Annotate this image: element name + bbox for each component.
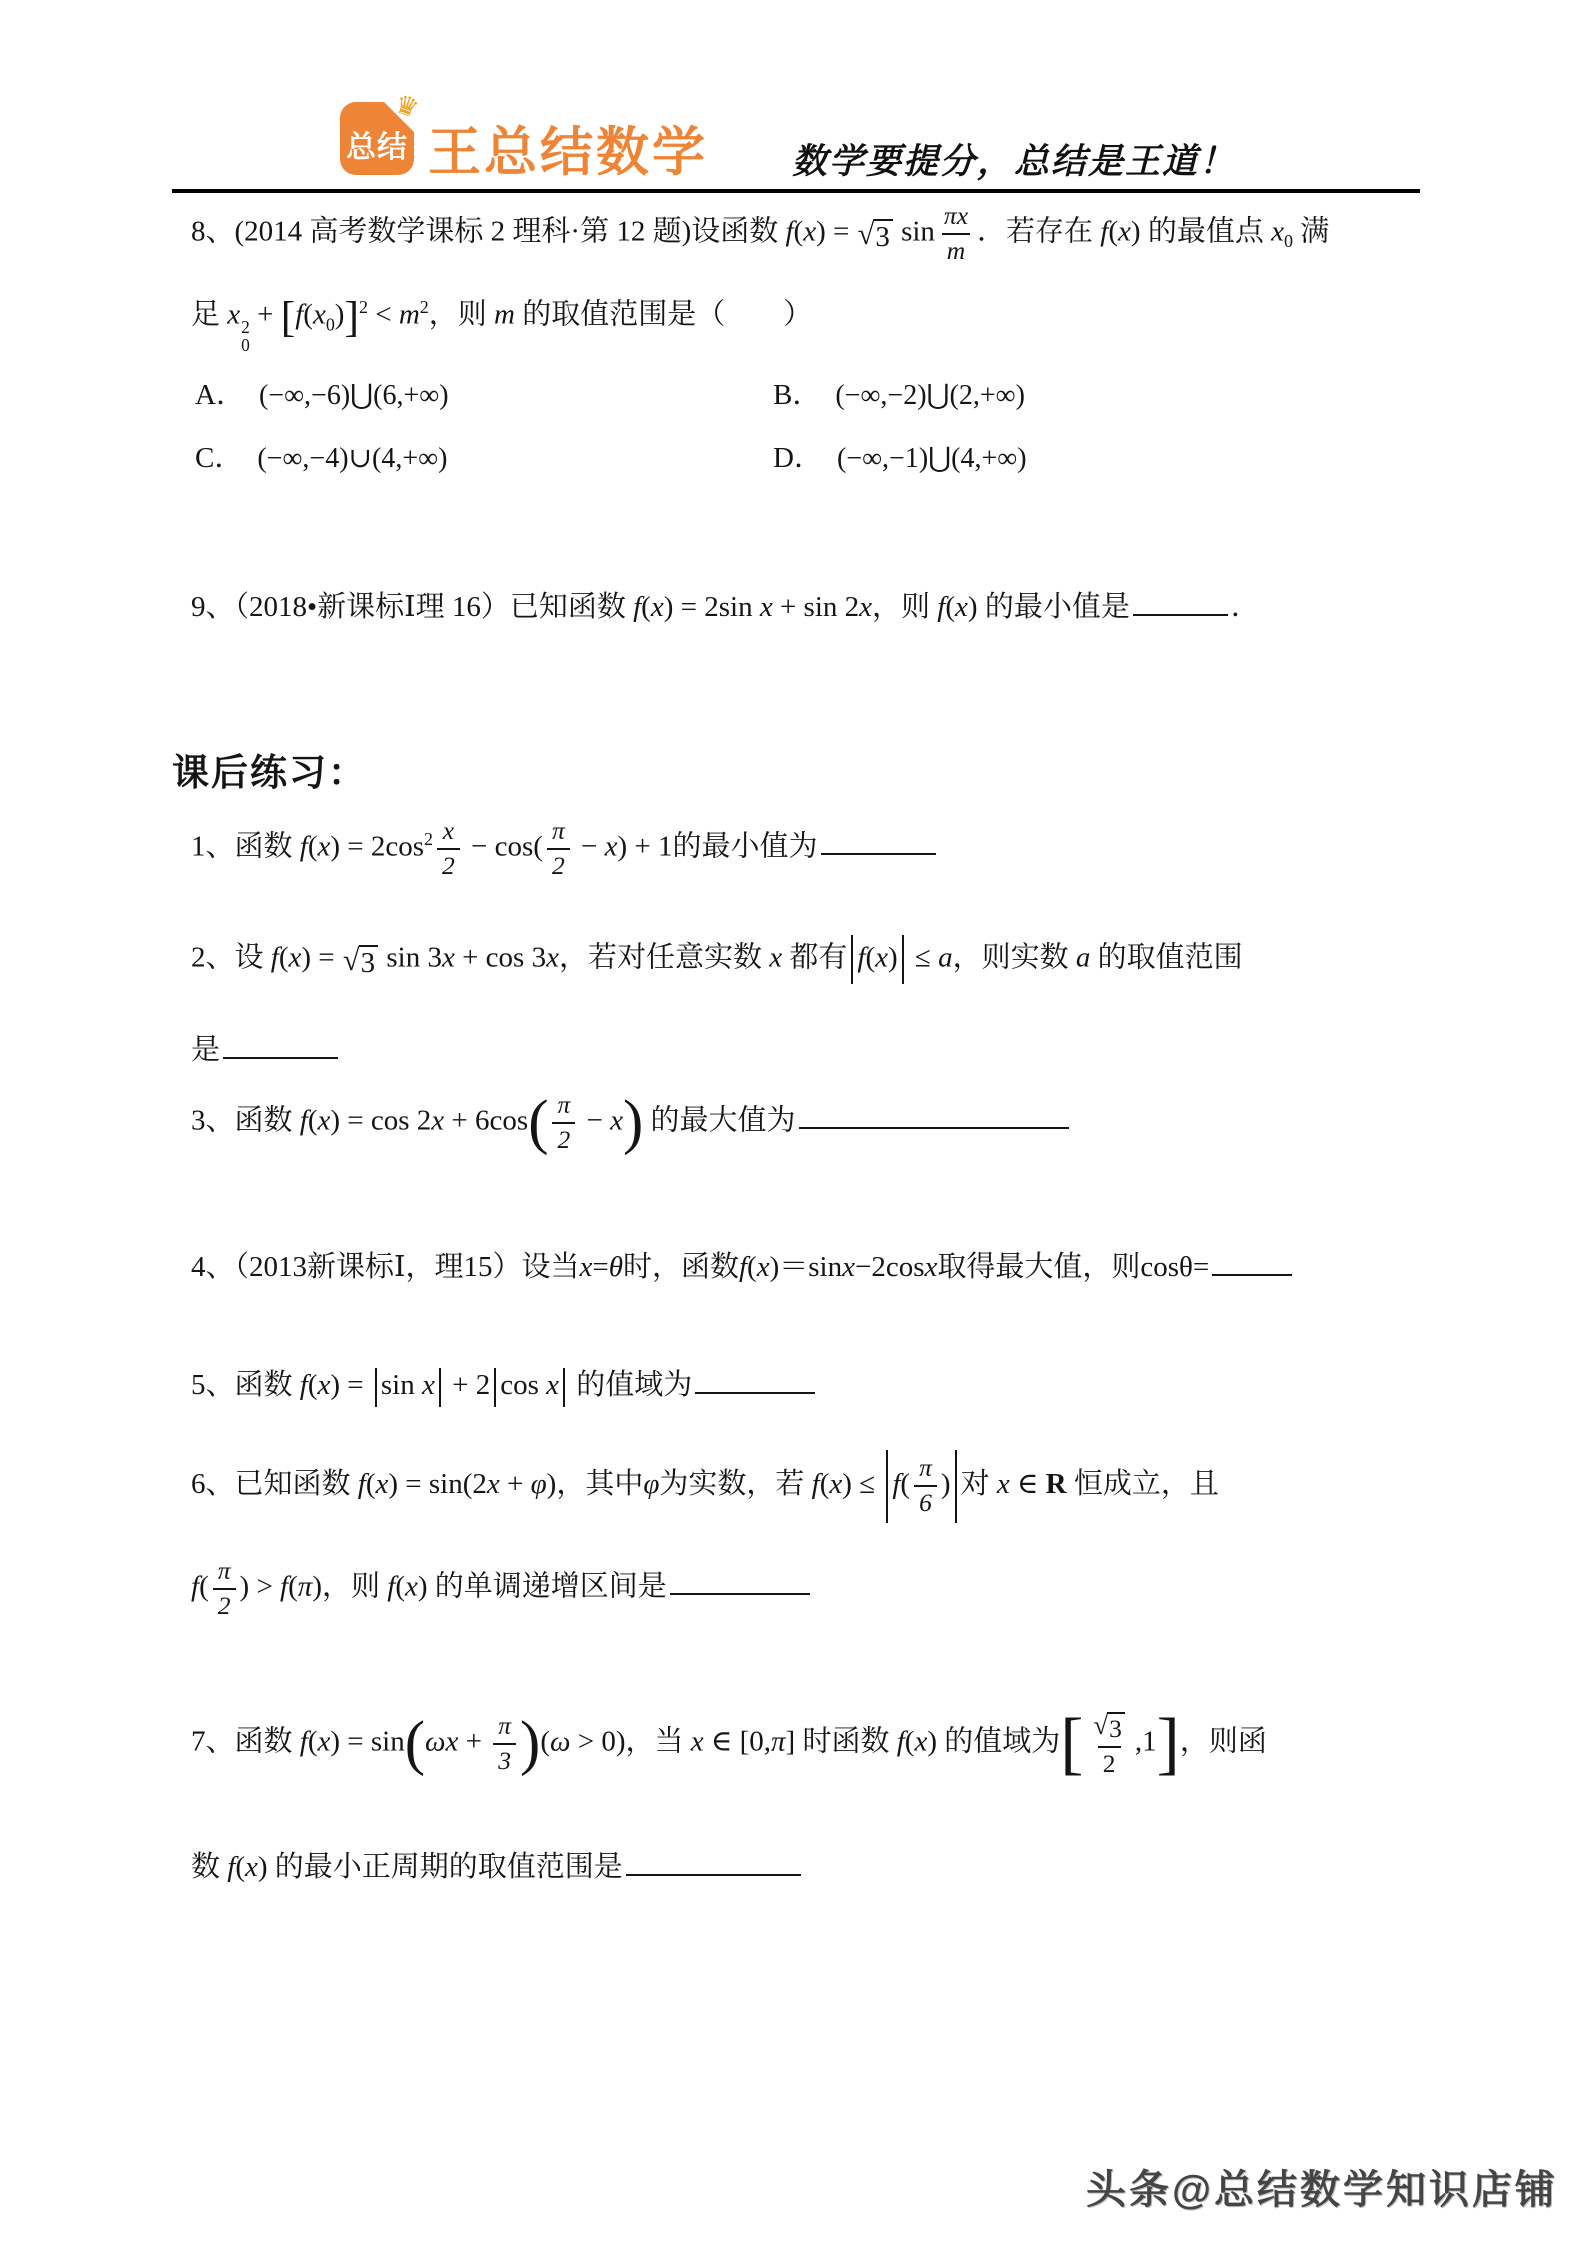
problem-8-line-2: 足 x20 + [f(x0)]2 < m2，则 m 的取值范围是（ ） xyxy=(191,296,812,355)
option-a-label: A． xyxy=(195,379,245,411)
exercise-3-line-1: 3、函数 f(x) = cos 2x + 6cos(π2 − x) 的最大值为 xyxy=(191,1092,1072,1154)
option-c-value: (−∞,−4)∪(4,+∞) xyxy=(257,443,447,474)
logo-badge-text: 总结 xyxy=(340,122,414,166)
header-tagline: 数学要提分，总结是王道！ xyxy=(792,134,1236,184)
exercise-2-line-2: 是 xyxy=(191,1028,341,1068)
exercise-5-line-1: 5、函数 f(x) = sin x + 2cos x 的值域为 xyxy=(191,1363,818,1407)
exercise-7-line-2: 数 f(x) 的最小正周期的取值范围是 xyxy=(191,1845,804,1885)
problem-8-options-row-2: C．(−∞,−4)∪(4,+∞)D．(−∞,−1)⋃(4,+∞) xyxy=(195,435,1351,476)
option-b: B．(−∞,−2)⋃(2,+∞) xyxy=(773,372,1351,413)
problem-9-line: 9、（2018•新课标Ⅰ理 16）已知函数 f(x) = 2sin x + si… xyxy=(191,585,1260,625)
option-a-value: (−∞,−6)⋃(6,+∞) xyxy=(259,380,449,411)
option-c: C．(−∞,−4)∪(4,+∞) xyxy=(195,435,773,476)
problem-8-line-1: 8、(2014 高考数学课标 2 理科·第 12 题)设函数 f(x) = √3… xyxy=(191,203,1329,265)
brand-logo-badge: ♛ 总结 xyxy=(340,102,414,175)
option-c-label: C． xyxy=(195,442,243,474)
crown-icon: ♛ xyxy=(391,91,421,123)
section-title: 课后练习： xyxy=(172,742,367,796)
brand-name: 王总结数学 xyxy=(428,110,708,186)
header-divider xyxy=(172,189,1420,193)
worksheet-page: ♛ 总结 王总结数学 数学要提分，总结是王道！ 8、(2014 高考数学课标 2… xyxy=(0,0,1587,2245)
watermark: 头条@总结数学知识店铺 xyxy=(1086,2158,1558,2215)
exercise-1-line-1: 1、函数 f(x) = 2cos2x2 − cos(π2 − x) + 1的最小… xyxy=(191,818,939,880)
option-b-value: (−∞,−2)⋃(2,+∞) xyxy=(835,380,1025,411)
option-d-value: (−∞,−1)⋃(4,+∞) xyxy=(837,443,1027,474)
exercise-7-line-1: 7、函数 f(x) = sin(ωx + π3)(ω > 0)，当 x ∈ [0… xyxy=(191,1710,1267,1778)
option-a: A．(−∞,−6)⋃(6,+∞) xyxy=(195,372,773,413)
option-d-label: D． xyxy=(773,442,823,474)
exercise-6-line-1: 6、已知函数 f(x) = sin(2x + φ)，其中φ为实数，若 f(x) … xyxy=(191,1450,1219,1523)
problem-8-options-row-1: A．(−∞,−6)⋃(6,+∞)B．(−∞,−2)⋃(2,+∞) xyxy=(195,372,1351,413)
exercise-2-line-1: 2、设 f(x) = √3 sin 3x + cos 3x，若对任意实数 x 都… xyxy=(191,935,1243,984)
option-b-label: B． xyxy=(773,379,821,411)
option-d: D．(−∞,−1)⋃(4,+∞) xyxy=(773,435,1351,476)
exercise-4-line-1: 4、（2013新课标Ⅰ，理15）设当x=θ时，函数f(x)＝sinx−2cosx… xyxy=(191,1245,1295,1285)
exercise-6-line-2: f(π2) > f(π)，则 f(x) 的单调递增区间是 xyxy=(191,1558,813,1620)
